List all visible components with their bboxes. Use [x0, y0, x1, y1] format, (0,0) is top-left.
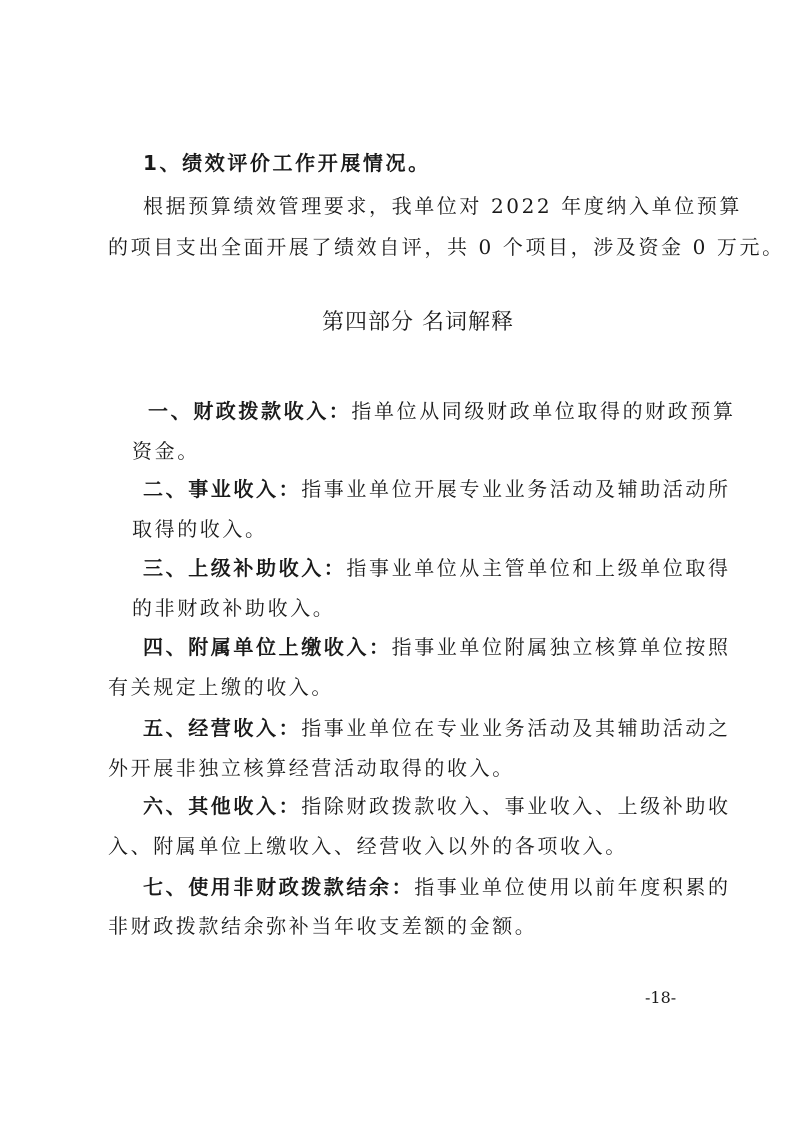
- part-title: 第四部分 名词解释: [322, 310, 514, 336]
- term-text: 有关规定上缴的收入。: [108, 674, 334, 700]
- term-text: 取得的收入。: [132, 516, 268, 542]
- term-text: 指除财政拨款收入、事业收入、上级补助收: [301, 794, 730, 818]
- term-text: 指事业单位从主管单位和上级单位取得: [346, 556, 730, 580]
- section-heading: 1、绩效评价工作开展情况。: [143, 150, 431, 176]
- term-text: 指单位从同级财政单位取得的财政预算: [351, 399, 735, 423]
- term-label: 二、事业收入：: [143, 477, 301, 501]
- page-number: -18-: [645, 988, 676, 1007]
- term-text: 指事业单位在专业业务活动及其辅助活动之: [301, 716, 730, 740]
- paragraph-line: 根据预算绩效管理要求，我单位对 2022 年度纳入单位预算: [143, 193, 742, 219]
- term-label: 六、其他收入：: [143, 794, 301, 818]
- term-label: 四、附属单位上缴收入：: [143, 635, 392, 659]
- term-text: 指事业单位附属独立核算单位按照: [392, 635, 731, 659]
- term-label: 五、经营收入：: [143, 716, 301, 740]
- term-text: 资金。: [132, 438, 200, 464]
- term-text: 的非财政补助收入。: [132, 595, 335, 621]
- term-text: 指事业单位使用以前年度积累的: [414, 875, 730, 899]
- term-label: 三、上级补助收入：: [143, 556, 346, 580]
- term-text: 入、附属单位上缴收入、经营收入以外的各项收入。: [108, 833, 628, 859]
- term-text: 非财政拨款结余弥补当年收支差额的金额。: [108, 913, 537, 939]
- paragraph-line: 的项目支出全面开展了绩效自评，共 0 个项目，涉及资金 0 万元。: [108, 234, 785, 260]
- term-label: 七、使用非财政拨款结余：: [143, 875, 414, 899]
- term-text: 指事业单位开展专业业务活动及辅助活动所: [301, 477, 730, 501]
- term-label: 一、财政拨款收入：: [148, 399, 351, 423]
- term-text: 外开展非独立核算经营活动取得的收入。: [108, 755, 515, 781]
